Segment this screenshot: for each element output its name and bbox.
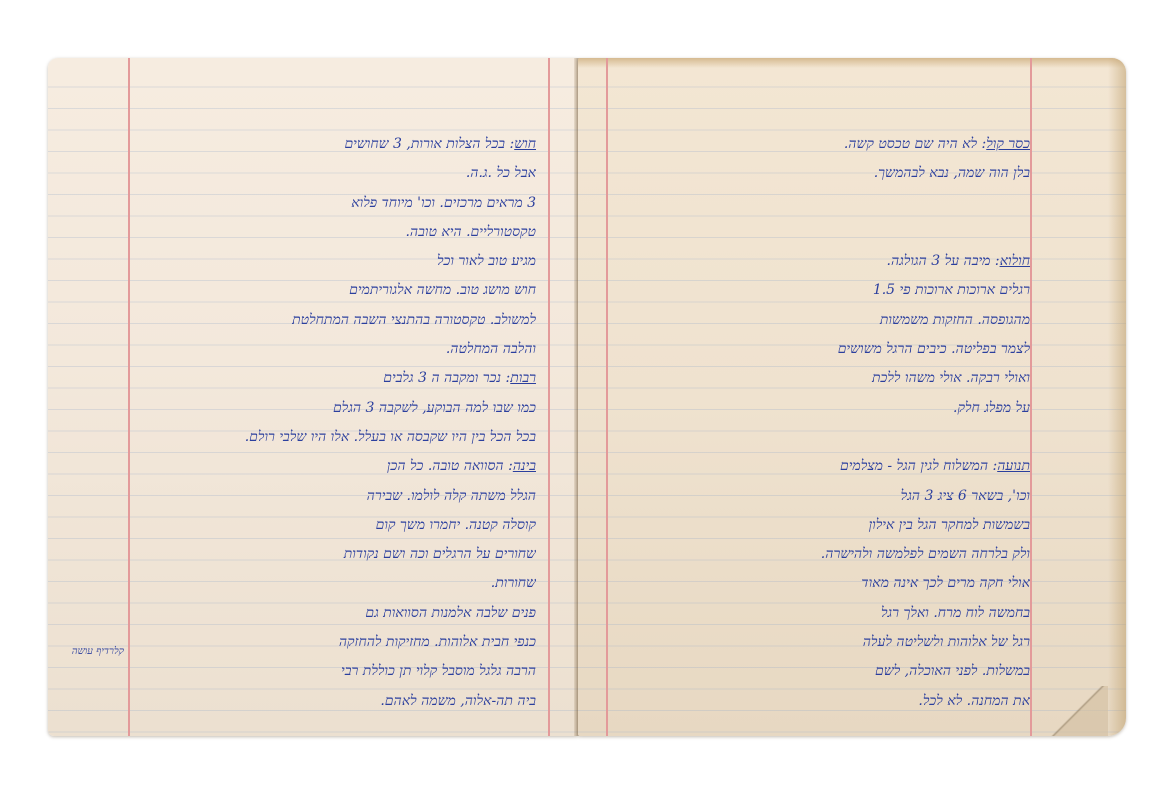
section-heading: תנועה [997,458,1030,474]
text-line: ואולי רבקה. אולי משהו ללכת [620,364,1030,393]
section-heading: חוש [514,136,536,152]
open-notebook: חוש: בכל הצלות אורות, 3 שחושים אבל כל .ג… [48,58,1126,738]
section-heading: כסר קול [986,136,1030,152]
text-line: אולי חקה מרים לכך אינה מאוד [620,569,1030,598]
text-line: רבות: נכר ומקבה ה 3 גלבים [96,364,536,393]
text-line: מגיע טוב לאור וכל [96,247,536,276]
text-line: במשלות. לפני האוכלה, לשם [620,657,1030,686]
blank-line [620,423,1030,452]
margin-note: קלרדיף עושה [54,646,124,658]
text-line: שחורים על הרגלים וכה ושם נקודות [96,540,536,569]
text-line: בכל הכל בין היו שקבסה או בעלל. אלו היו ש… [96,423,536,452]
right-page: כסר קול: לא היה שם טכסט קשה. בלן הוה שמה… [578,58,1126,736]
text-line: חולוא: מיבה על 3 הגולגה. [620,247,1030,276]
text-line: שחורות. [96,569,536,598]
section-heading: בינה [513,458,536,474]
text-line: קוסלה קטנה. יחמרו משך קום [96,511,536,540]
text-line: בחמשה לוח מרח. ואלך רגל [620,599,1030,628]
text-line: והלבה המחלטה. [96,335,536,364]
text-line: כנפי חבית אלוהות. מחזיקות להחזקה [96,628,536,657]
text-line: אבל כל .ג.ה. [96,159,536,188]
text-line: בשמשות למחקר הגל בין אילון [620,511,1030,540]
text-line: בינה: הסוואה טובה. כל הכן [96,452,536,481]
blank-line [620,189,1030,218]
text-line: לצמר בפליטה. כיבים הרגל משושים [620,335,1030,364]
margin-line-inner [548,58,550,736]
section-heading: רבות [510,370,536,386]
margin-line-inner [606,58,608,736]
text-line: פנים שלבה אלמנות הסוואות גם [96,599,536,628]
text-line: כמו שבו למה הבוקע, לשקבה 3 הגלם [96,394,536,423]
text-line: הרבה גלגל מוסבל קלוי תן כוללת רבי [96,657,536,686]
text-line: תנועה: המשלוח לגין הגל - מצלמים [620,452,1030,481]
section-heading: חולוא [1000,253,1030,269]
text-line: 3 מראים מרכזים. וכו' מיוחד פלוא [96,189,536,218]
text-line: רגלים ארוכות ארוכות פי 1.5 [620,276,1030,305]
text-line: חוש: בכל הצלות אורות, 3 שחושים [96,130,536,159]
text-line: רגל של אלוהות ולשליטה לעלה [620,628,1030,657]
text-line: למשולב. טקסטורה בהתנצי השבה המתחלטת [96,306,536,335]
text-line: טקסטורליים. היא טובה. [96,218,536,247]
text-line: ביה תה-אלוה, משמה לאהם. [96,687,536,716]
text-line: ולק בלרחה השמים לפלמשה ולהישרה. [620,540,1030,569]
right-page-text: כסר קול: לא היה שם טכסט קשה. בלן הוה שמה… [620,130,1030,716]
left-page: חוש: בכל הצלות אורות, 3 שחושים אבל כל .ג… [48,58,578,736]
blank-line [620,218,1030,247]
text-line: את המחנה. לא לכל. [620,687,1030,716]
text-line: על מפלג חלק. [620,394,1030,423]
text-line: מהגופסה. החזקות משמשות [620,306,1030,335]
folded-corner [1048,686,1108,736]
text-line: בלן הוה שמה, נבא לבהמשך. [620,159,1030,188]
text-line: וכו', בשאר 6 ציג 3 הגל [620,482,1030,511]
text-line: כסר קול: לא היה שם טכסט קשה. [620,130,1030,159]
text-line: חוש מושג טוב. מחשה אלגוריתמים [96,276,536,305]
text-line: הגלל משתה קלה לולמו. שבירה [96,482,536,511]
margin-line-outer [1030,58,1032,736]
left-page-text: חוש: בכל הצלות אורות, 3 שחושים אבל כל .ג… [96,130,536,716]
